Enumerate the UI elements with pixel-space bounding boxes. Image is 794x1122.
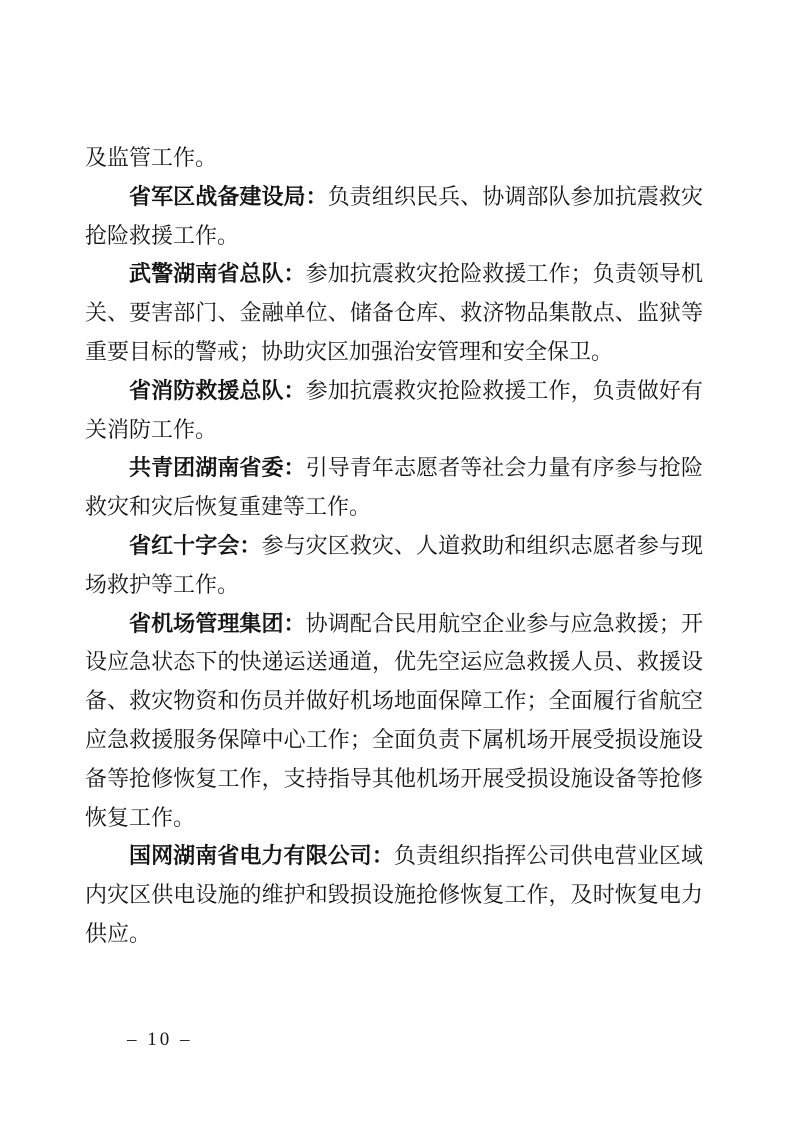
paragraph-red-cross: 省红十字会：参与灾区救灾、人道救助和组织志愿者参与现场救护等工作。 (85, 527, 703, 605)
paragraph-military-bureau: 省军区战备建设局：负责组织民兵、协调部队参加抗震救灾抢险救援工作。 (85, 178, 703, 256)
paragraph-fire-rescue: 省消防救援总队：参加抗震救灾抢险救援工作，负责做好有关消防工作。 (85, 372, 703, 450)
paragraph-continuation: 及监管工作。 (85, 139, 703, 178)
org-name: 省机场管理集团： (129, 611, 306, 636)
page-number: – 10 – (127, 1029, 193, 1051)
document-body: 及监管工作。 省军区战备建设局：负责组织民兵、协调部队参加抗震救灾抢险救援工作。… (85, 139, 703, 954)
org-name: 国网湖南省电力有限公司： (129, 843, 394, 868)
org-name: 武警湖南省总队： (129, 261, 306, 286)
org-name: 省消防救援总队： (129, 378, 306, 403)
org-name: 省红十字会： (129, 533, 261, 558)
paragraph-text: 协调配合民用航空企业参与应急救援；开设应急状态下的快递运送通道，优先空运应急救援… (85, 611, 703, 830)
org-name: 共青团湖南省委： (129, 455, 306, 480)
paragraph-state-grid: 国网湖南省电力有限公司：负责组织指挥公司供电营业区域内灾区供电设施的维护和毁损设… (85, 837, 703, 953)
paragraph-youth-league: 共青团湖南省委：引导青年志愿者等社会力量有序参与抢险救灾和灾后恢复重建等工作。 (85, 449, 703, 527)
org-name: 省军区战备建设局： (129, 184, 328, 209)
paragraph-airport-group: 省机场管理集团：协调配合民用航空企业参与应急救援；开设应急状态下的快递运送通道，… (85, 605, 703, 838)
paragraph-text: 及监管工作。 (85, 145, 217, 170)
document-page: 及监管工作。 省军区战备建设局：负责组织民兵、协调部队参加抗震救灾抢险救援工作。… (0, 0, 794, 1122)
paragraph-armed-police: 武警湖南省总队：参加抗震救灾抢险救援工作；负责领导机关、要害部门、金融单位、储备… (85, 255, 703, 371)
